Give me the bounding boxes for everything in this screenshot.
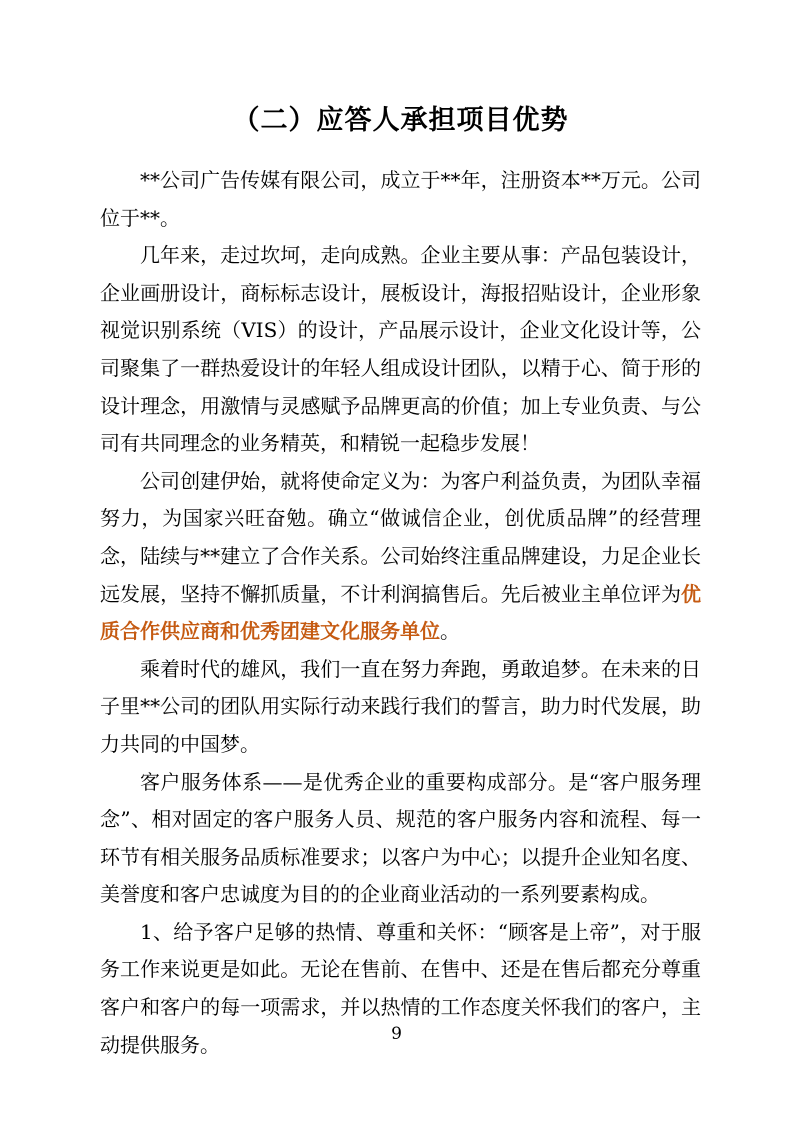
document-body: （二）应答人承担项目优势 **公司广告传媒有限公司，成立于**年，注册资本**万… <box>100 104 701 1064</box>
paragraph-vision: 乘着时代的雄风，我们一直在努力奔跑，勇敢追梦。在未来的日子里**公司的团队用实际… <box>100 651 701 764</box>
paragraph-company-mission: 公司创建伊始，就将使命定义为：为客户利益负责，为团队幸福努力，为国家兴旺奋勉。确… <box>100 463 701 651</box>
paragraph-service-system: 客户服务体系——是优秀企业的重要构成部分。是“客户服务理念”、相对固定的客户服务… <box>100 764 701 914</box>
mission-text-end: 。 <box>440 619 460 643</box>
paragraph-company-intro: **公司广告传媒有限公司，成立于**年，注册资本**万元。公司位于**。 <box>100 162 701 237</box>
paragraph-business-scope: 几年来，走过坎坷，走向成熟。企业主要从事：产品包装设计，企业画册设计，商标标志设… <box>100 237 701 463</box>
document-page: （二）应答人承担项目优势 **公司广告传媒有限公司，成立于**年，注册资本**万… <box>0 0 793 1122</box>
section-heading: （二）应答人承担项目优势 <box>100 104 701 138</box>
mission-text: 公司创建伊始，就将使命定义为：为客户利益负责，为团队幸福努力，为国家兴旺奋勉。确… <box>100 469 701 606</box>
page-number: 9 <box>0 1023 793 1045</box>
